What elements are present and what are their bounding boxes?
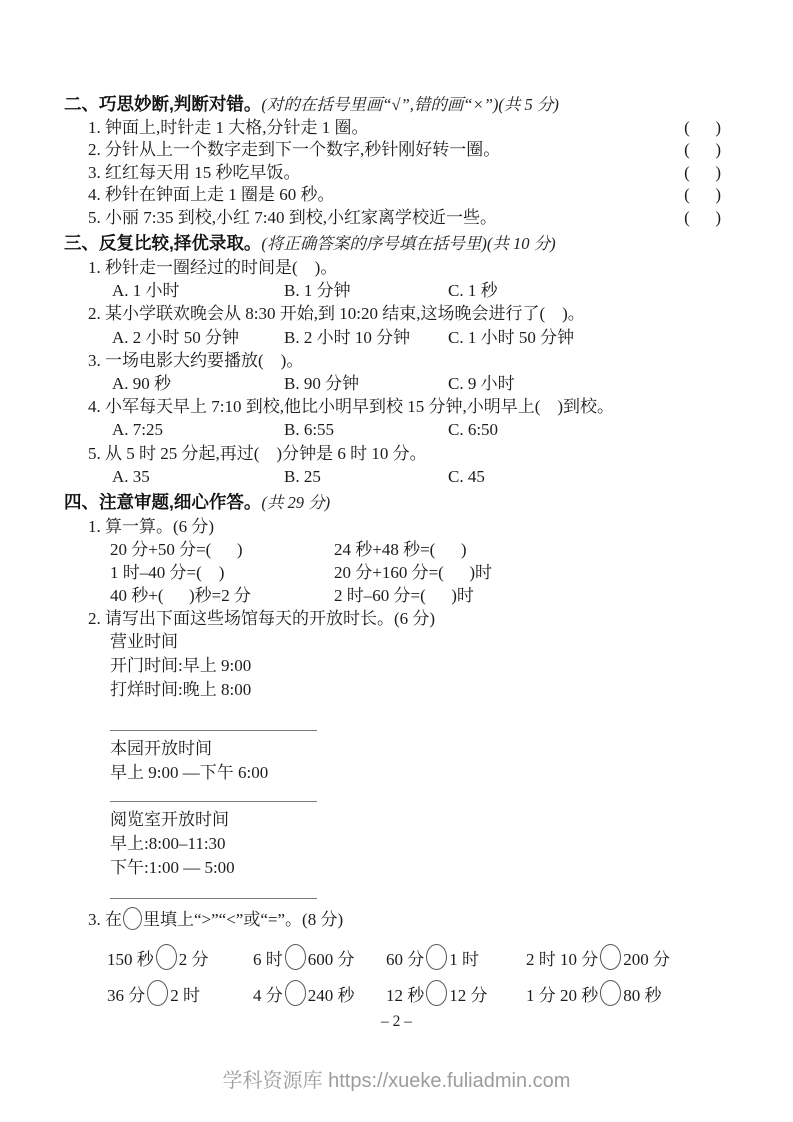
option-a: A. 2 小时 50 分钟 (112, 326, 284, 349)
tf-item-2-text: 2. 分针从上一个数字走到下一个数字,秒针刚好转一圈。 (88, 139, 500, 161)
calc-expression: 1 时–40 分=( ) (110, 561, 334, 584)
watermark-text: 学科资源库 https://xueke.fuliadmin.com (0, 1064, 793, 1093)
compare-circle-blank (426, 944, 447, 970)
compare-cell: 12 秒12 分 (386, 980, 526, 1006)
mc-question-3: 3. 一场电影大约要播放( )。 (64, 349, 721, 372)
option-b: B. 2 小时 10 分钟 (284, 326, 448, 349)
venue-2-hours: 早上 9:00 —下午 6:00 (64, 761, 721, 785)
compare-circle-blank (156, 944, 177, 970)
compare-left-value: 2 时 10 分 (526, 945, 598, 970)
mc-options-2: A. 2 小时 50 分钟 B. 2 小时 10 分钟 C. 1 小时 50 分… (64, 326, 721, 349)
compare-right-value: 12 分 (449, 981, 487, 1006)
mc-question-2: 2. 某小学联欢晚会从 8:30 开始,到 10:20 结束,这场晚会进行了( … (64, 302, 721, 325)
option-c: C. 1 小时 50 分钟 (448, 326, 574, 349)
tf-item-3-text: 3. 红红每天用 15 秒吃早饭。 (88, 162, 301, 184)
mc-question-5: 5. 从 5 时 25 分起,再过( )分钟是 6 时 10 分。 (64, 442, 721, 465)
compare-right-value: 80 秒 (623, 981, 661, 1006)
calc-question-label: 1. 算一算。(6 分) (64, 515, 721, 538)
answer-bracket: ( ) (684, 207, 721, 229)
compare-circle-blank (285, 944, 306, 970)
tf-item-2: 2. 分针从上一个数字走到下一个数字,秒针刚好转一圈。 ( ) (64, 139, 721, 161)
compare-left-value: 60 分 (386, 945, 424, 970)
venue-1-open-time: 开门时间:早上 9:00 (64, 654, 721, 678)
option-a: A. 1 小时 (112, 279, 284, 302)
mc-options-5: A. 35 B. 25 C. 45 (64, 465, 721, 488)
calc-row-2: 1 时–40 分=( ) 20 分+160 分=( )时 (64, 561, 721, 584)
compare-right-value: 200 分 (623, 945, 670, 970)
mc-question-1: 1. 秒针走一圈经过的时间是( )。 (64, 256, 721, 279)
section-3-subtitle: (将正确答案的序号填在括号里)(共 10 分) (261, 234, 555, 253)
option-b: B. 90 分钟 (284, 372, 448, 395)
option-c: C. 1 秒 (448, 279, 498, 302)
tf-item-5-text: 5. 小丽 7:35 到校,小红 7:40 到校,小红家离学校近一些。 (88, 207, 497, 229)
section-4-title: 四、注意审题,细心作答。 (64, 492, 261, 512)
section-2-subtitle: (对的在括号里画“√”,错的画“×”)(共 5 分) (261, 95, 559, 114)
compare-cell: 150 秒2 分 (107, 944, 253, 970)
compare-left-value: 4 分 (253, 981, 283, 1006)
tf-item-1-text: 1. 钟面上,时针走 1 大格,分针走 1 圈。 (88, 117, 369, 139)
section-3-header: 三、反复比较,择优录取。(将正确答案的序号填在括号里)(共 10 分) (64, 231, 721, 256)
answer-bracket: ( ) (684, 184, 721, 206)
compare-label-prefix: 3. 在 (88, 910, 122, 929)
page-number: – 2 – (0, 1013, 793, 1031)
answer-blank-line (110, 801, 317, 802)
option-c: C. 45 (448, 465, 485, 488)
compare-circle-blank (600, 980, 621, 1006)
compare-left-value: 150 秒 (107, 945, 154, 970)
mc-options-4: A. 7:25 B. 6:55 C. 6:50 (64, 418, 721, 441)
compare-cell: 36 分2 时 (107, 980, 253, 1006)
option-c: C. 9 小时 (448, 372, 515, 395)
compare-label-suffix: 里填上“>”“<”或“=”。(8 分) (143, 910, 343, 929)
compare-cell: 60 分1 时 (386, 944, 526, 970)
answer-bracket: ( ) (684, 139, 721, 161)
compare-circle-icon (123, 907, 142, 930)
section-4-subtitle: (共 29 分) (261, 493, 330, 512)
section-3-title: 三、反复比较,择优录取。 (64, 233, 261, 253)
tf-item-5: 5. 小丽 7:35 到校,小红 7:40 到校,小红家离学校近一些。 ( ) (64, 207, 721, 229)
compare-cell: 6 时600 分 (253, 944, 386, 970)
compare-circle-blank (147, 980, 168, 1006)
calc-expression: 20 分+160 分=( )时 (334, 561, 492, 584)
compare-left-value: 12 秒 (386, 981, 424, 1006)
option-a: A. 7:25 (112, 418, 284, 441)
venue-3-afternoon-hours: 下午:1:00 — 5:00 (64, 856, 721, 880)
option-a: A. 90 秒 (112, 372, 284, 395)
option-b: B. 25 (284, 465, 448, 488)
compare-question-label: 3. 在里填上“>”“<”或“=”。(8 分) (64, 907, 721, 933)
venues-question-label: 2. 请写出下面这些场馆每天的开放时长。(6 分) (64, 607, 721, 630)
compare-circle-blank (426, 980, 447, 1006)
worksheet-page: 二、巧思妙断,判断对错。(对的在括号里画“√”,错的画“×”)(共 5 分) 1… (64, 92, 721, 1011)
compare-right-value: 2 时 (170, 981, 200, 1006)
compare-right-value: 600 分 (308, 945, 355, 970)
compare-left-value: 36 分 (107, 981, 145, 1006)
venue-2-title: 本园开放时间 (64, 737, 721, 761)
answer-bracket: ( ) (684, 117, 721, 139)
answer-bracket: ( ) (684, 162, 721, 184)
compare-right-value: 240 秒 (308, 981, 355, 1006)
mc-question-4: 4. 小军每天早上 7:10 到校,他比小明早到校 15 分钟,小明早上( )到… (64, 395, 721, 418)
venue-3-morning-hours: 早上:8:00–11:30 (64, 832, 721, 856)
tf-item-1: 1. 钟面上,时针走 1 大格,分针走 1 圈。 ( ) (64, 117, 721, 139)
option-a: A. 35 (112, 465, 284, 488)
option-b: B. 1 分钟 (284, 279, 448, 302)
compare-row-2: 36 分2 时 4 分240 秒 12 秒12 分 1 分 20 秒80 秒 (64, 975, 721, 1011)
compare-right-value: 2 分 (179, 945, 209, 970)
answer-blank-line (110, 898, 317, 899)
option-b: B. 6:55 (284, 418, 448, 441)
compare-cell: 4 分240 秒 (253, 980, 386, 1006)
tf-item-4: 4. 秒针在钟面上走 1 圈是 60 秒。 ( ) (64, 184, 721, 206)
compare-circle-blank (600, 944, 621, 970)
calc-row-1: 20 分+50 分=( ) 24 秒+48 秒=( ) (64, 538, 721, 561)
compare-right-value: 1 时 (449, 945, 479, 970)
compare-cell: 1 分 20 秒80 秒 (526, 980, 662, 1006)
tf-item-4-text: 4. 秒针在钟面上走 1 圈是 60 秒。 (88, 184, 335, 206)
section-2-header: 二、巧思妙断,判断对错。(对的在括号里画“√”,错的画“×”)(共 5 分) (64, 92, 721, 117)
compare-left-value: 6 时 (253, 945, 283, 970)
mc-options-1: A. 1 小时 B. 1 分钟 C. 1 秒 (64, 279, 721, 302)
calc-expression: 40 秒+( )秒=2 分 (110, 584, 334, 607)
section-4-header: 四、注意审题,细心作答。(共 29 分) (64, 490, 721, 515)
calc-row-3: 40 秒+( )秒=2 分 2 时–60 分=( )时 (64, 584, 721, 607)
compare-cell: 2 时 10 分200 分 (526, 944, 670, 970)
venue-1-title: 营业时间 (64, 630, 721, 654)
venue-1-close-time: 打烊时间:晚上 8:00 (64, 678, 721, 702)
venue-3-title: 阅览室开放时间 (64, 808, 721, 832)
tf-item-3: 3. 红红每天用 15 秒吃早饭。 ( ) (64, 162, 721, 184)
answer-blank-line (110, 730, 317, 731)
mc-options-3: A. 90 秒 B. 90 分钟 C. 9 小时 (64, 372, 721, 395)
calc-expression: 20 分+50 分=( ) (110, 538, 334, 561)
compare-row-1: 150 秒2 分 6 时600 分 60 分1 时 2 时 10 分200 分 (64, 939, 721, 975)
section-2-title: 二、巧思妙断,判断对错。 (64, 94, 261, 114)
compare-left-value: 1 分 20 秒 (526, 981, 598, 1006)
option-c: C. 6:50 (448, 418, 498, 441)
compare-circle-blank (285, 980, 306, 1006)
calc-expression: 24 秒+48 秒=( ) (334, 538, 467, 561)
calc-expression: 2 时–60 分=( )时 (334, 584, 474, 607)
